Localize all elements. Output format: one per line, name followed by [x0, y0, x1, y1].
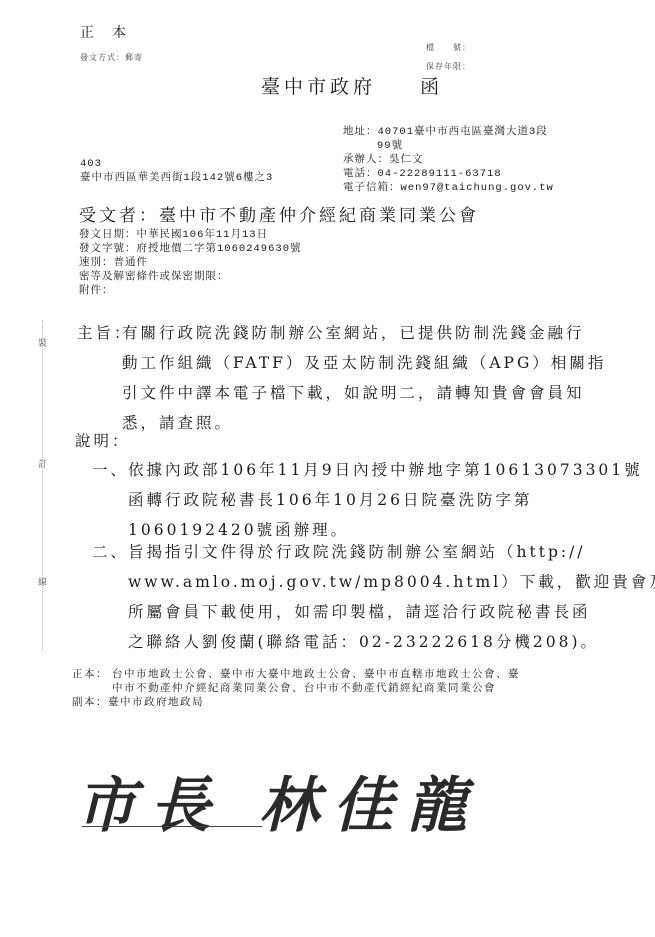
signature-underline: [82, 826, 262, 827]
recipient-address: 403 臺中市西區華美西街1段142號6樓之3: [80, 157, 273, 185]
document-number: 發文字號：府授地價二字第1060249630號: [79, 242, 302, 256]
contact-email[interactable]: 電子信箱：wen97@taichung.gov.tw: [343, 181, 554, 195]
agency-name: 臺中市政府: [261, 76, 376, 98]
binding-mark-ding: 訂: [38, 457, 47, 470]
explanation-line: 旨揭指引文件得於行政院洗錢防制辦公室網站（http://: [128, 537, 655, 567]
attachment: 附件：: [79, 284, 302, 298]
explanation-line-url[interactable]: www.amlo.moj.gov.tw/mp8004.html）下載，歡迎貴會及: [128, 567, 655, 597]
explanation-item-2: 旨揭指引文件得於行政院洗錢防制辦公室網站（http:// www.amlo.mo…: [128, 537, 655, 657]
explanation-line: 所屬會員下載使用，如需印製檔，請逕洽行政院秘書長函: [128, 597, 655, 627]
document-meta: 發文日期：中華民國106年11月13日 發文字號：府授地價二字第10602496…: [79, 228, 302, 298]
subject-line: 悉，請查照。: [122, 408, 606, 438]
explanation-line: 之聯絡人劉俊蘭(聯絡電話：02-23222618分機208)。: [128, 627, 655, 657]
original-recipients-line: 中市不動產仲介經紀商業同業公會、台中市不動產代銷經紀商業同業公會: [112, 682, 520, 696]
distribution-original: 正本：: [72, 668, 108, 682]
recipient-label: 受文者：: [79, 206, 159, 226]
recipient-name: 臺中市不動產仲介經紀商業同業公會: [159, 206, 479, 226]
copy-label: 副本：: [72, 696, 108, 708]
delivery-speed: 速別：普通件: [79, 256, 302, 270]
recipient-line: 受文者：臺中市不動產仲介經紀商業同業公會: [79, 201, 479, 226]
subject-line: 引文件中譯本電子檔下載，如說明二，請轉知貴會會員知: [122, 378, 606, 408]
document-title: 臺中市政府 函: [261, 72, 443, 99]
copy-recipient: 臺中市政府地政局: [108, 696, 204, 708]
confidentiality: 密等及解密條件或保密期限：: [79, 270, 302, 284]
delivery-method: 發文方式：郵寄: [80, 52, 143, 63]
issue-date: 發文日期：中華民國106年11月13日: [79, 228, 302, 242]
file-number-label: 檔 號：: [426, 42, 471, 53]
recipient-postal-code: 403: [80, 157, 273, 171]
original-label: 正本：: [72, 668, 108, 680]
explanation-item-1: 依據內政部106年11月9日內授中辦地字第10613073301號 函轉行政院秘…: [128, 455, 643, 545]
explanation-label: 說明：: [75, 426, 131, 456]
binding-margin-line: [42, 320, 43, 650]
retention-label: 保存年限：: [426, 61, 471, 72]
copy-type-label: 正 本: [80, 22, 128, 42]
explanation-line: 函轉行政院秘書長106年10月26日院臺洗防字第: [128, 485, 643, 515]
sender-address-line2: 99號: [343, 139, 554, 153]
distribution-original-list: 台中市地政士公會、臺中市大臺中地政士公會、臺中市直轄市地政士公會、臺 中市不動產…: [112, 668, 520, 695]
recipient-street-address: 臺中市西區華美西街1段142號6樓之3: [80, 171, 273, 185]
subject-body: 有關行政院洗錢防制辦公室網站，已提供防制洗錢金融行 動工作組織（FATF）及亞太…: [122, 318, 606, 438]
explanation-line: 依據內政部106年11月9日內授中辦地字第10613073301號: [128, 455, 643, 485]
sender-info: 地址：40701臺中市西屯區臺灣大道3段 99號 承辦人：吳仁文 電話：04-2…: [343, 125, 554, 195]
subject-line: 有關行政院洗錢防制辦公室網站，已提供防制洗錢金融行: [122, 318, 606, 348]
binding-mark-xian: 線: [38, 575, 47, 588]
binding-mark-zhuang: 裝: [38, 336, 47, 349]
original-recipients-line: 台中市地政士公會、臺中市大臺中地政士公會、臺中市直轄市地政士公會、臺: [112, 668, 520, 682]
explanation-item-2-marker: 二、: [92, 537, 129, 567]
sender-address-line1: 地址：40701臺中市西屯區臺灣大道3段: [343, 125, 554, 139]
subject-line: 動工作組織（FATF）及亞太防制洗錢組織（APG）相關指: [122, 348, 606, 378]
document-type: 函: [420, 76, 443, 98]
mayor-signature: 市長 林佳龍: [76, 758, 481, 844]
distribution-copy: 副本：臺中市政府地政局: [72, 696, 204, 710]
contact-phone: 電話：04-22289111-63718: [343, 167, 554, 181]
explanation-item-1-marker: 一、: [92, 455, 129, 485]
contact-person: 承辦人：吳仁文: [343, 153, 554, 167]
